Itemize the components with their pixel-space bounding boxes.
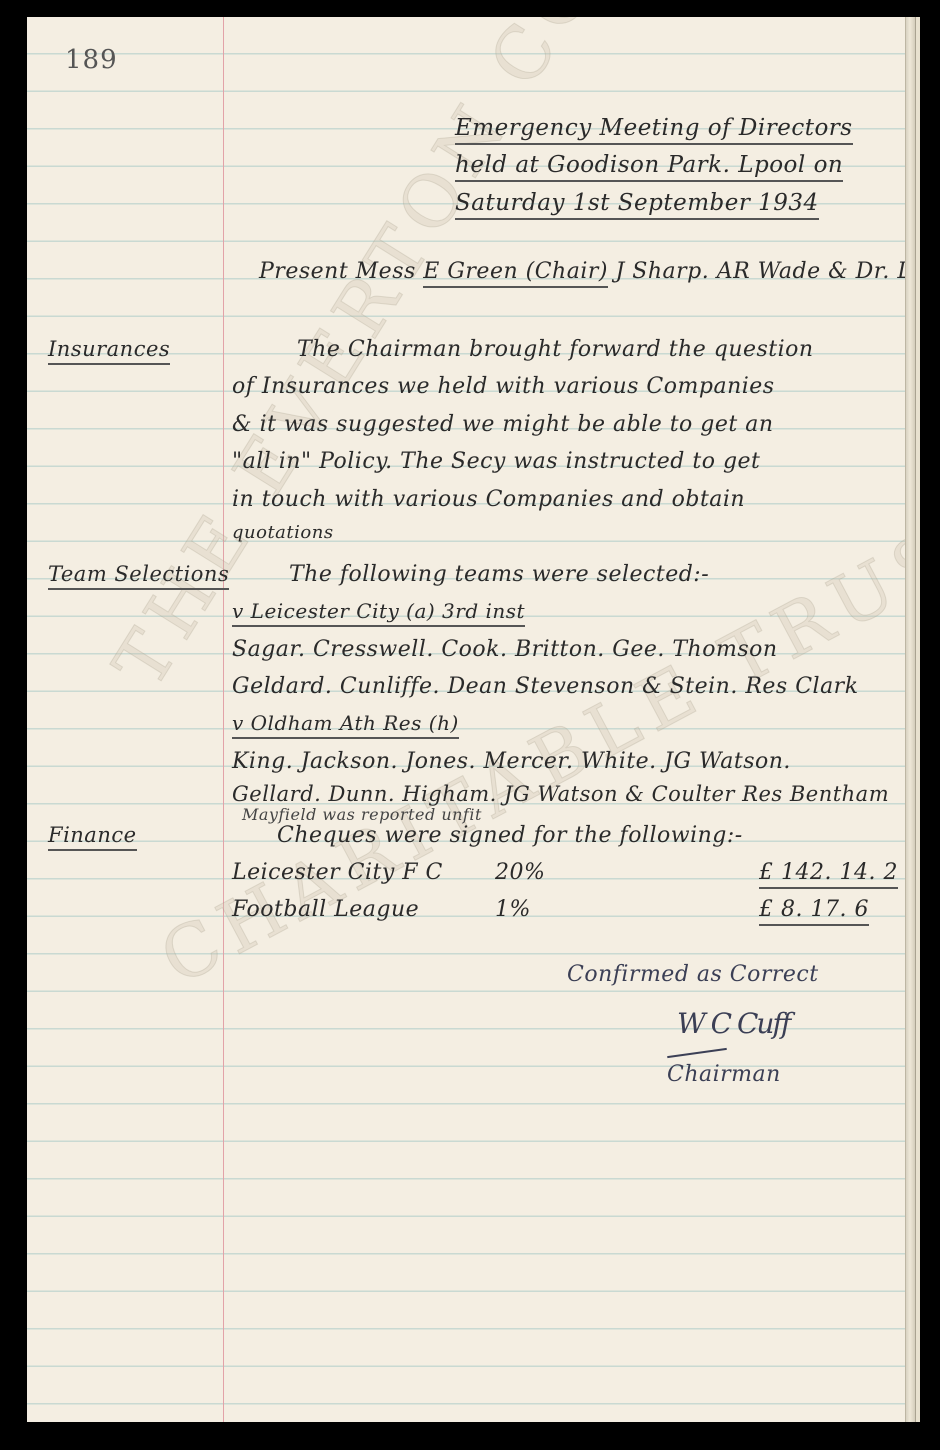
present-chair: E Green (Chair) — [423, 259, 608, 288]
insurances-line-5: in touch with various Companies and obta… — [232, 487, 745, 512]
page-edge-back — [915, 17, 920, 1422]
present-others: J Sharp. AR Wade & Dr. L Baxter. — [615, 259, 905, 284]
page-number: 189 — [65, 45, 118, 75]
payment-row-2-amount: £ 8. 17. 6 — [759, 897, 869, 926]
team-selections-note: Mayfield was reported unfit — [242, 805, 482, 824]
team-selections-intro: The following teams were selected:- — [289, 562, 709, 587]
section-label-team-selections: Team Selections — [48, 562, 229, 590]
payment-row-1-payee: Leicester City F C — [232, 860, 443, 885]
ledger-page: THE EVERTON COLLECTION CHARITABLE TRUST … — [27, 17, 905, 1422]
team-1-players-line-2: Geldard. Cunliffe. Dean Stevenson & Stei… — [232, 674, 859, 699]
finance-intro: Cheques were signed for the following:- — [277, 823, 743, 848]
team-2-players-line-2: Gellard. Dunn. Higham. JG Watson & Coult… — [232, 782, 889, 806]
present-line: Present Mess E Green (Chair) J Sharp. AR… — [259, 259, 905, 284]
insurances-line-3: & it was suggested we might be able to g… — [232, 412, 774, 437]
payment-row-1-amount: £ 142. 14. 2 — [759, 860, 898, 889]
payment-row-1-ref: 20% — [495, 860, 545, 885]
team-2-fixture: v Oldham Ath Res (h) — [232, 711, 459, 739]
insurances-line-4: "all in" Policy. The Secy was instructed… — [232, 449, 760, 474]
insurances-line-6: quotations — [232, 522, 334, 543]
heading-line-2: held at Goodison Park. Lpool on — [455, 152, 843, 182]
section-label-insurances: Insurances — [48, 337, 170, 365]
confirmation-text: Confirmed as Correct — [567, 962, 819, 987]
chairman-signature: W C Cuff — [677, 1007, 789, 1040]
payment-row-2-payee: Football League — [232, 897, 419, 922]
insurances-line-2: of Insurances we held with various Compa… — [232, 374, 775, 399]
section-label-finance: Finance — [48, 823, 137, 851]
signature-stroke — [667, 1048, 727, 1058]
chairman-title: Chairman — [667, 1062, 781, 1087]
team-2-players-line-1: King. Jackson. Jones. Mercer. White. JG … — [232, 749, 791, 774]
margin-rule — [223, 17, 224, 1422]
insurances-line-1: The Chairman brought forward the questio… — [297, 337, 814, 362]
team-1-players-line-1: Sagar. Cresswell. Cook. Britton. Gee. Th… — [232, 637, 778, 662]
heading-line-3: Saturday 1st September 1934 — [455, 190, 819, 220]
heading-line-1: Emergency Meeting of Directors — [455, 115, 853, 145]
present-prefix: Present Mess — [259, 259, 416, 284]
payment-row-2-ref: 1% — [495, 897, 531, 922]
team-1-fixture: v Leicester City (a) 3rd inst — [232, 599, 525, 627]
